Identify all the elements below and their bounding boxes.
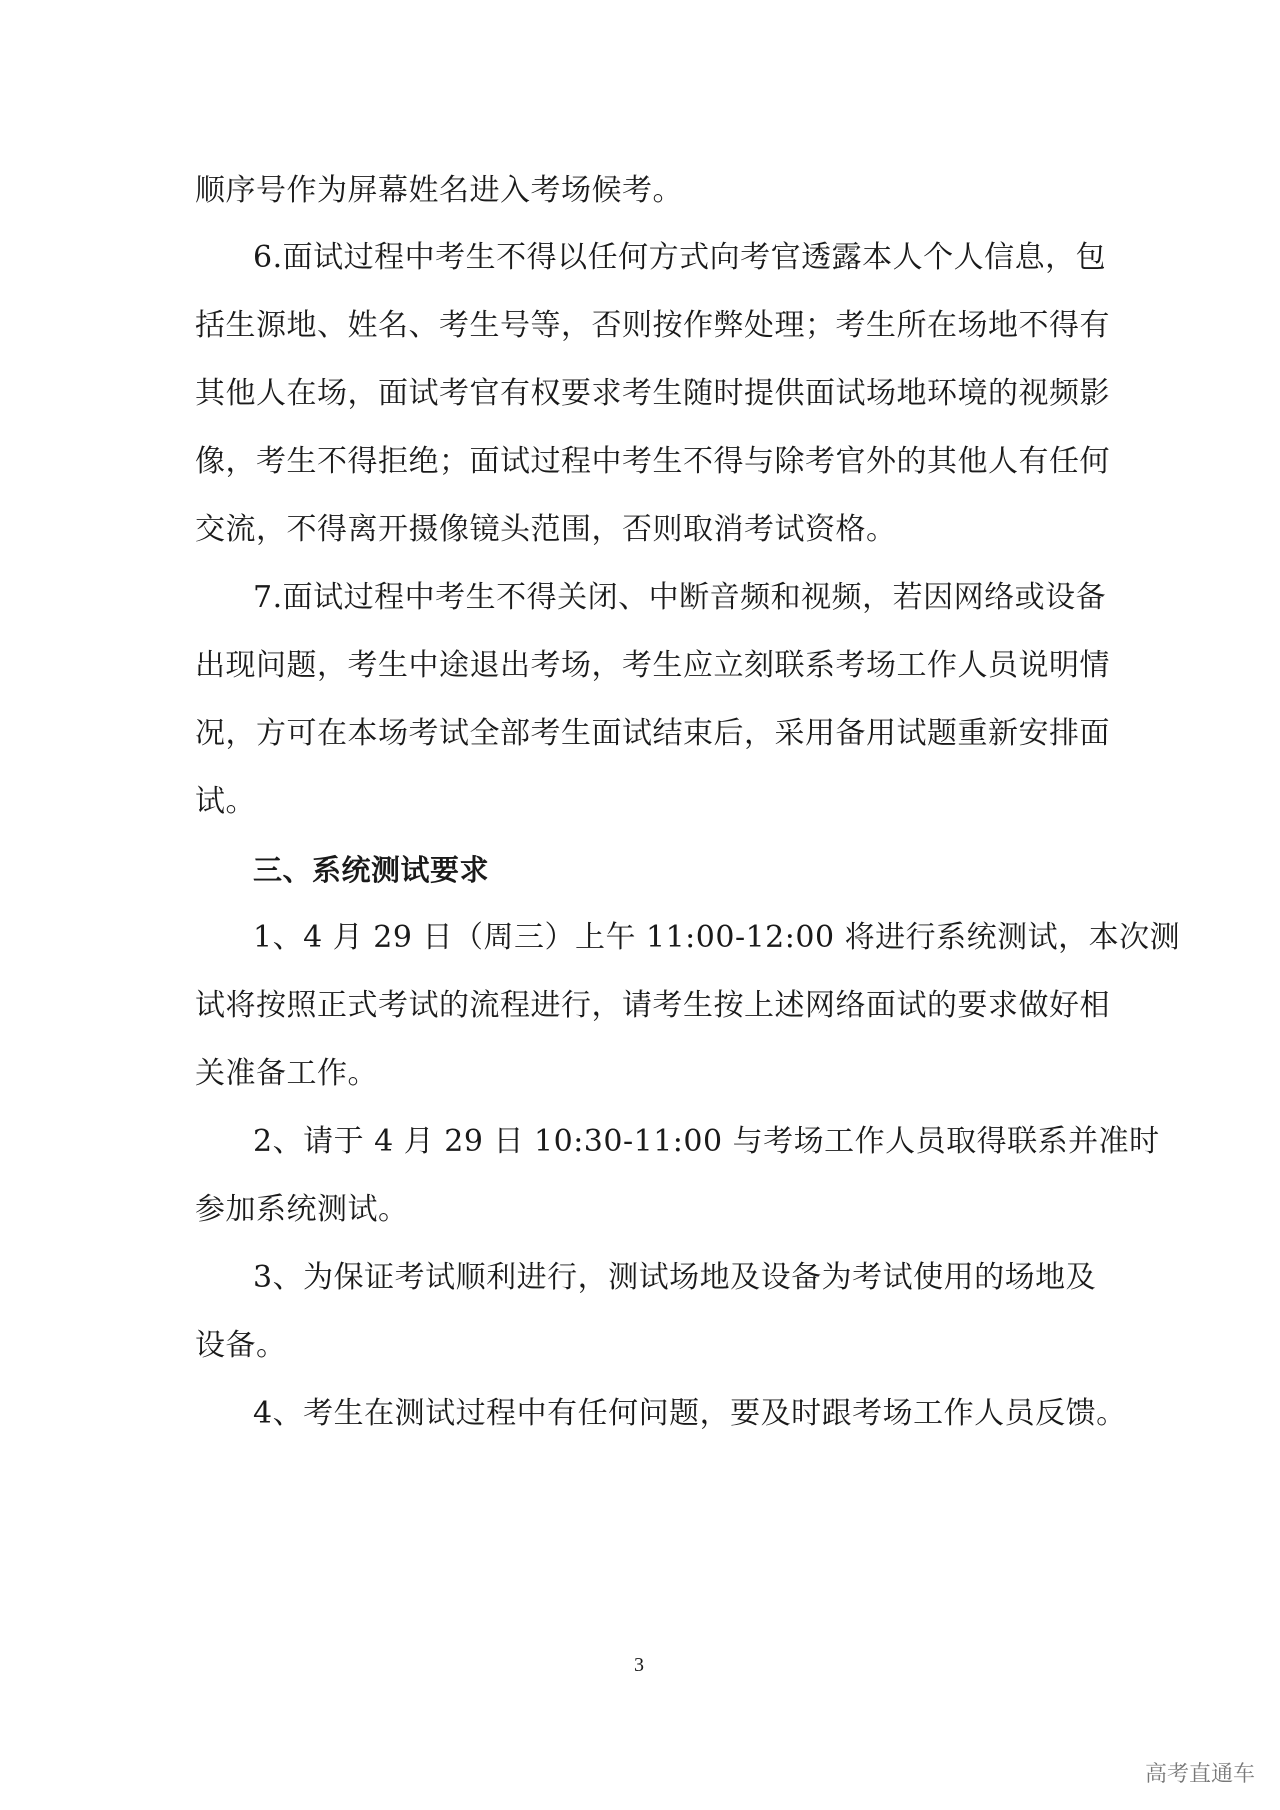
watermark: 高考直通车 xyxy=(1145,1757,1255,1788)
text-line: 试。 xyxy=(195,782,256,822)
text-line: 交流，不得离开摄像镜头范围，否则取消考试资格。 xyxy=(195,510,897,550)
text-line: 4、考生在测试过程中有任何问题，要及时跟考场工作人员反馈。 xyxy=(253,1394,1127,1434)
text-line: 括生源地、姓名、考生号等，否则按作弊处理；考生所在场地不得有 xyxy=(195,306,1110,346)
section-heading: 三、系统测试要求 xyxy=(253,850,489,890)
text-line: 3、为保证考试顺利进行，测试场地及设备为考试使用的场地及 xyxy=(253,1258,1096,1298)
text-line: 1、4 月 29 日（周三）上午 11:00-12:00 将进行系统测试，本次测 xyxy=(253,918,1180,958)
text-line: 试将按照正式考试的流程进行，请考生按上述网络面试的要求做好相 xyxy=(195,986,1110,1026)
text-line: 7.面试过程中考生不得关闭、中断音频和视频，若因网络或设备 xyxy=(253,578,1106,618)
text-line: 其他人在场，面试考官有权要求考生随时提供面试场地环境的视频影 xyxy=(195,374,1110,414)
text-line: 顺序号作为屏幕姓名进入考场候考。 xyxy=(195,171,683,211)
text-line: 关准备工作。 xyxy=(195,1054,378,1094)
document-page: 顺序号作为屏幕姓名进入考场候考。6.面试过程中考生不得以任何方式向考官透露本人个… xyxy=(0,0,1280,1810)
text-line: 6.面试过程中考生不得以任何方式向考官透露本人个人信息，包 xyxy=(253,238,1106,278)
text-line: 2、请于 4 月 29 日 10:30-11:00 与考场工作人员取得联系并准时 xyxy=(253,1122,1160,1162)
text-line: 设备。 xyxy=(195,1326,287,1366)
text-line: 像，考生不得拒绝；面试过程中考生不得与除考官外的其他人有任何 xyxy=(195,442,1110,482)
page-number: 3 xyxy=(634,1654,644,1677)
text-line: 参加系统测试。 xyxy=(195,1190,409,1230)
text-line: 况，方可在本场考试全部考生面试结束后，采用备用试题重新安排面 xyxy=(195,714,1110,754)
text-line: 出现问题，考生中途退出考场，考生应立刻联系考场工作人员说明情 xyxy=(195,646,1110,686)
